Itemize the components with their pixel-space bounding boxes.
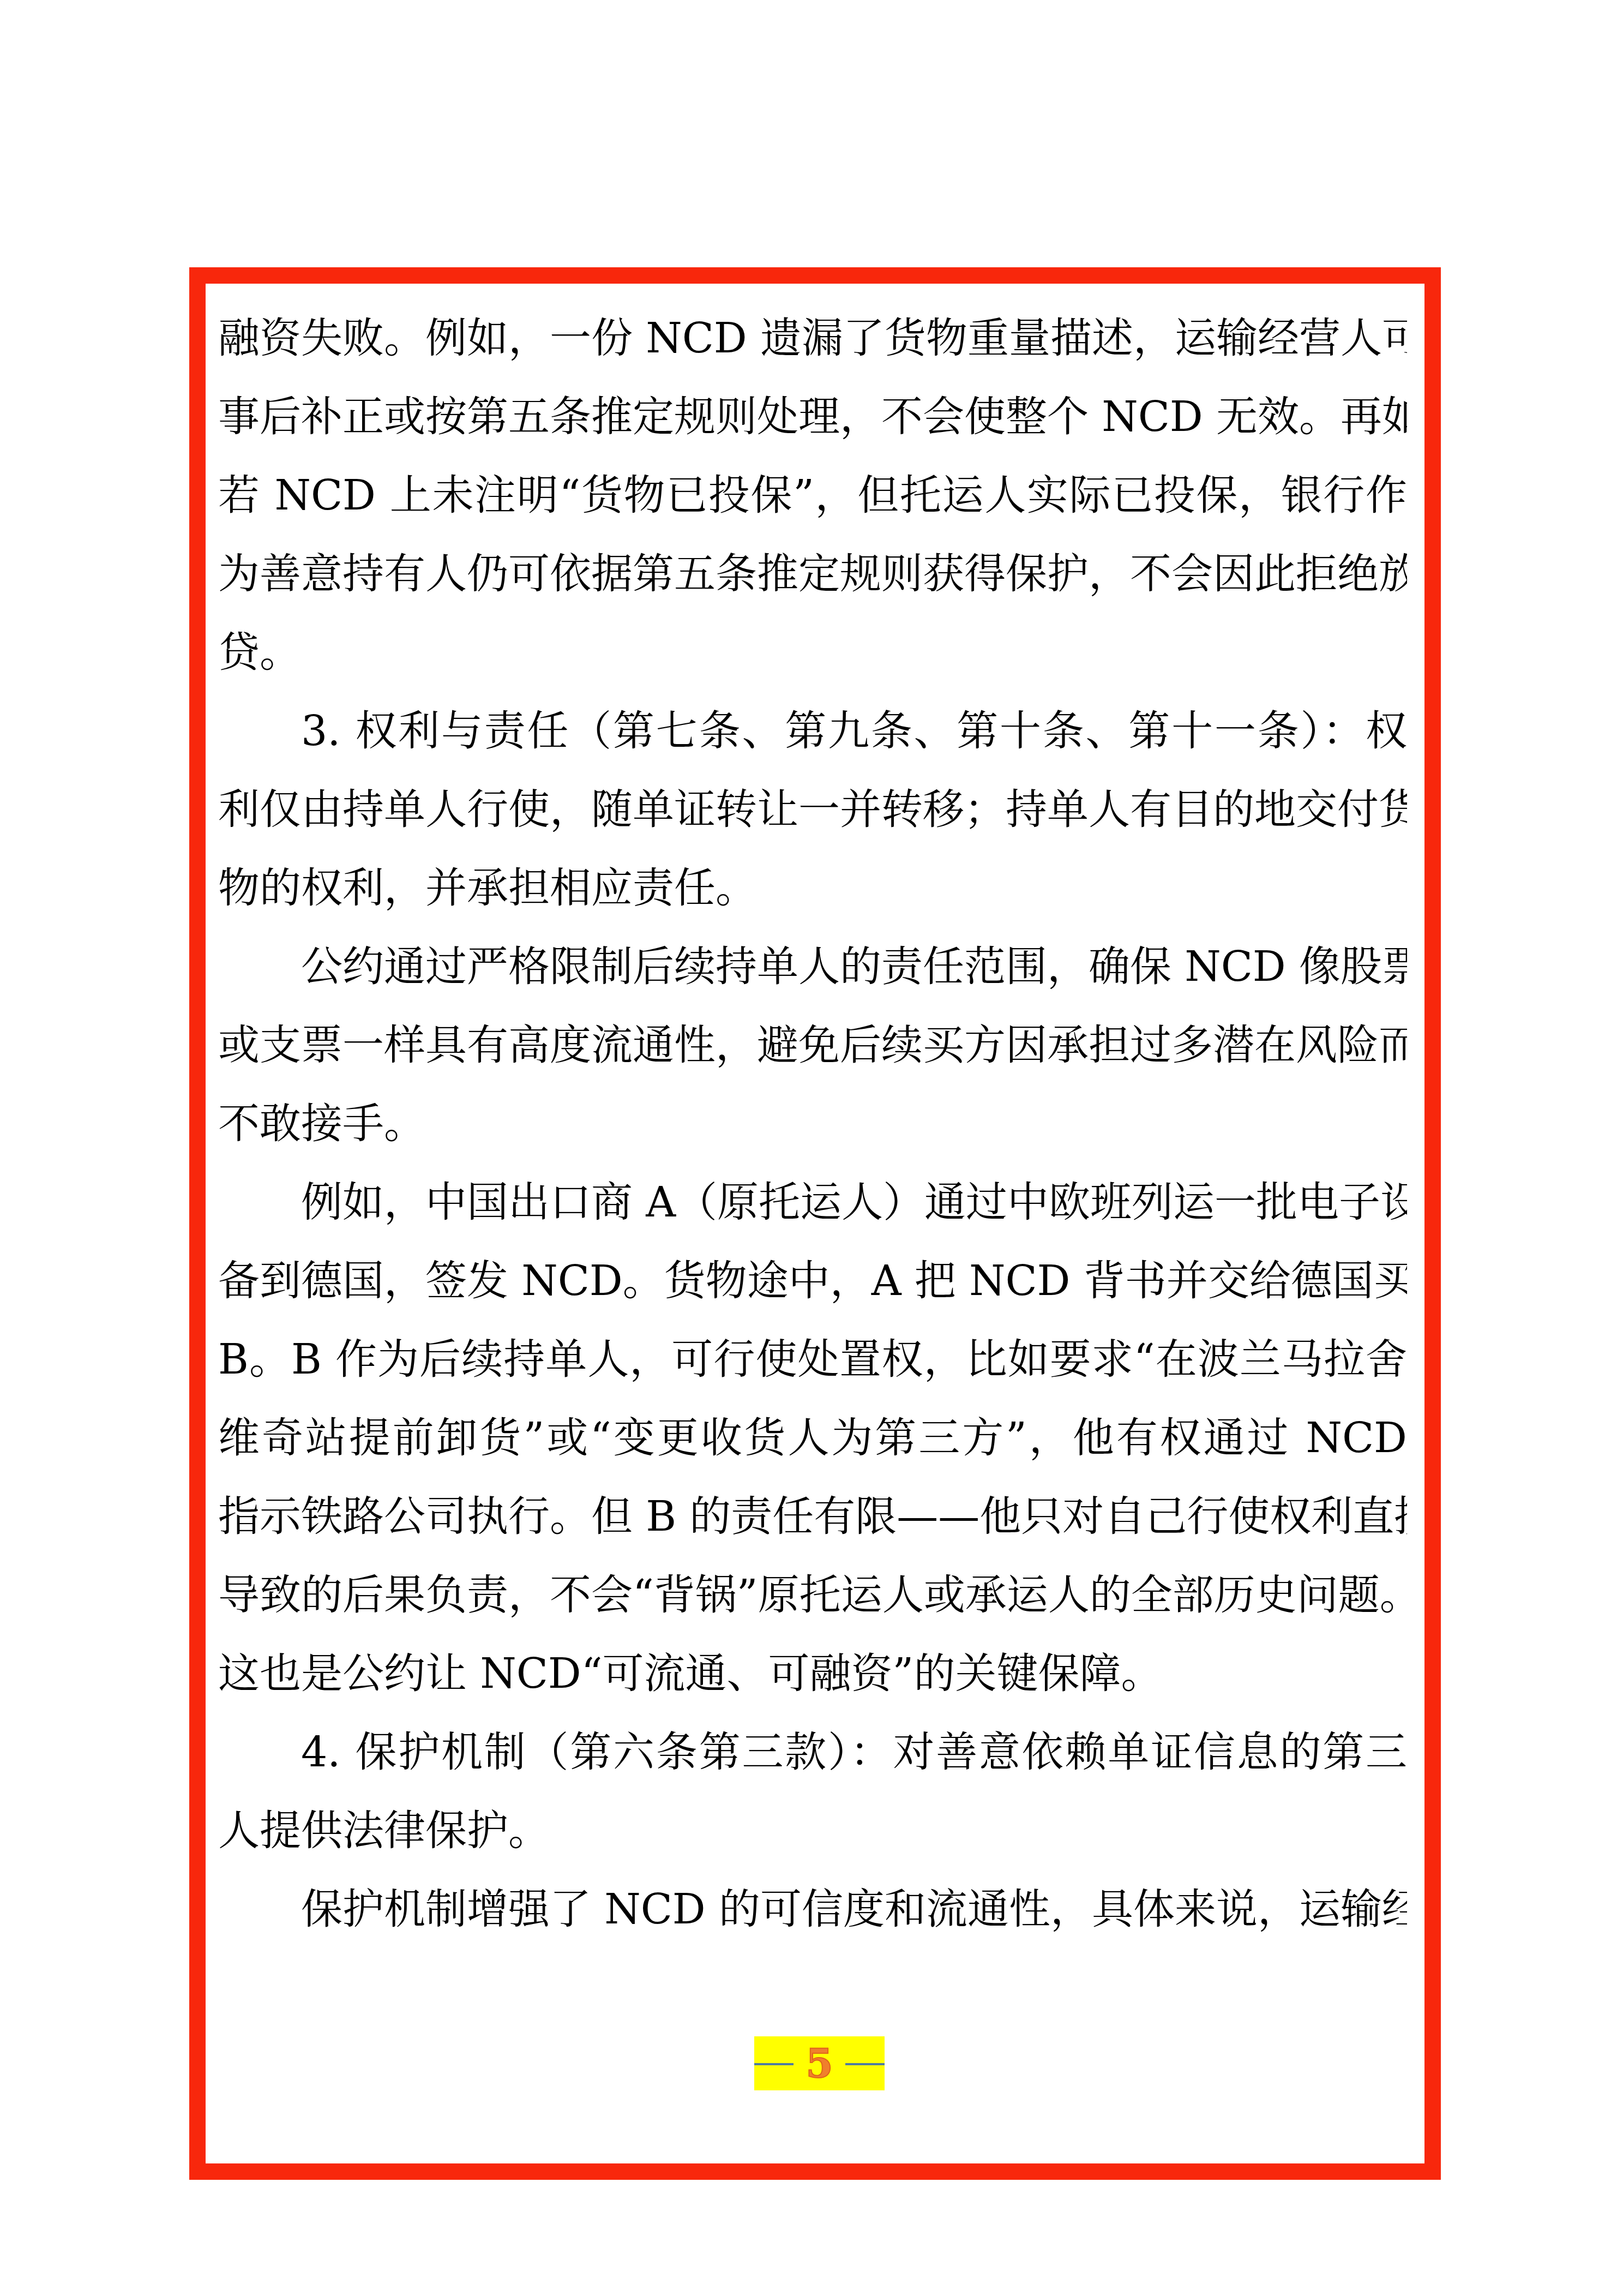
text-line: 利仅由持单人行使，随单证转让一并转移；持单人有目的地交付货 xyxy=(218,770,1407,849)
text-line: 若 NCD 上未注明“货物已投保”，但托运人实际已投保，银行作 xyxy=(218,456,1407,535)
text-line: 例如，中国出口商 A（原托运人）通过中欧班列运一批电子设 xyxy=(218,1163,1407,1242)
text-line: 指示铁路公司执行。但 B 的责任有限——他只对自己行使权利直接 xyxy=(218,1477,1407,1556)
text-line: 公约通过严格限制后续持单人的责任范围，确保 NCD 像股票 xyxy=(218,927,1407,1006)
text-line: 这也是公约让 NCD“可流通、可融资”的关键保障。 xyxy=(218,1634,1407,1713)
text-line: 维奇站提前卸货”或“变更收货人为第三方”，他有权通过 NCD xyxy=(218,1399,1407,1477)
paragraph-2-rights-and-liabilities: 3. 权利与责任（第七条、第九条、第十条、第十一条）：权 利仅由持单人行使，随单… xyxy=(218,692,1407,927)
document-body: 融资失败。例如，一份 NCD 遗漏了货物重量描述，运输经营人可 事后补正或按第五… xyxy=(218,299,1407,1949)
page-number-badge: 5 xyxy=(754,2036,885,2090)
text-line: 不敢接手。 xyxy=(218,1084,1407,1163)
page-number-right-dash xyxy=(845,2063,885,2065)
text-line: 保护机制增强了 NCD 的可信度和流通性，具体来说，运输经 xyxy=(218,1870,1407,1949)
text-line: 人提供法律保护。 xyxy=(218,1791,1407,1870)
page-number-left-dash xyxy=(754,2063,794,2065)
text-line: 融资失败。例如，一份 NCD 遗漏了货物重量描述，运输经营人可 xyxy=(218,299,1407,377)
paragraph-5-protection-mechanism: 4. 保护机制（第六条第三款）：对善意依赖单证信息的第三 人提供法律保护。 xyxy=(218,1713,1407,1870)
text-line: B。B 作为后续持单人，可行使处置权，比如要求“在波兰马拉舍 xyxy=(218,1320,1407,1399)
paragraph-6: 保护机制增强了 NCD 的可信度和流通性，具体来说，运输经 xyxy=(218,1870,1407,1949)
paragraph-4-example: 例如，中国出口商 A（原托运人）通过中欧班列运一批电子设 备到德国，签发 NCD… xyxy=(218,1163,1407,1713)
text-line: 导致的后果负责，不会“背锅”原托运人或承运人的全部历史问题。 xyxy=(218,1556,1407,1634)
paragraph-3: 公约通过严格限制后续持单人的责任范围，确保 NCD 像股票 或支票一样具有高度流… xyxy=(218,927,1407,1163)
paragraph-1: 融资失败。例如，一份 NCD 遗漏了货物重量描述，运输经营人可 事后补正或按第五… xyxy=(218,299,1407,692)
section-heading-line: 3. 权利与责任（第七条、第九条、第十条、第十一条）：权 xyxy=(218,692,1407,770)
text-line: 物的权利，并承担相应责任。 xyxy=(218,849,1407,927)
text-line: 备到德国，签发 NCD。货物途中，A 把 NCD 背书并交给德国买方 xyxy=(218,1242,1407,1320)
page-number: 5 xyxy=(794,2044,845,2083)
text-line: 事后补正或按第五条推定规则处理，不会使整个 NCD 无效。再如， xyxy=(218,377,1407,456)
text-line: 或支票一样具有高度流通性，避免后续买方因承担过多潜在风险而 xyxy=(218,1006,1407,1084)
section-heading-line: 4. 保护机制（第六条第三款）：对善意依赖单证信息的第三 xyxy=(218,1713,1407,1791)
text-line: 贷。 xyxy=(218,613,1407,692)
text-line: 为善意持有人仍可依据第五条推定规则获得保护，不会因此拒绝放 xyxy=(218,535,1407,613)
